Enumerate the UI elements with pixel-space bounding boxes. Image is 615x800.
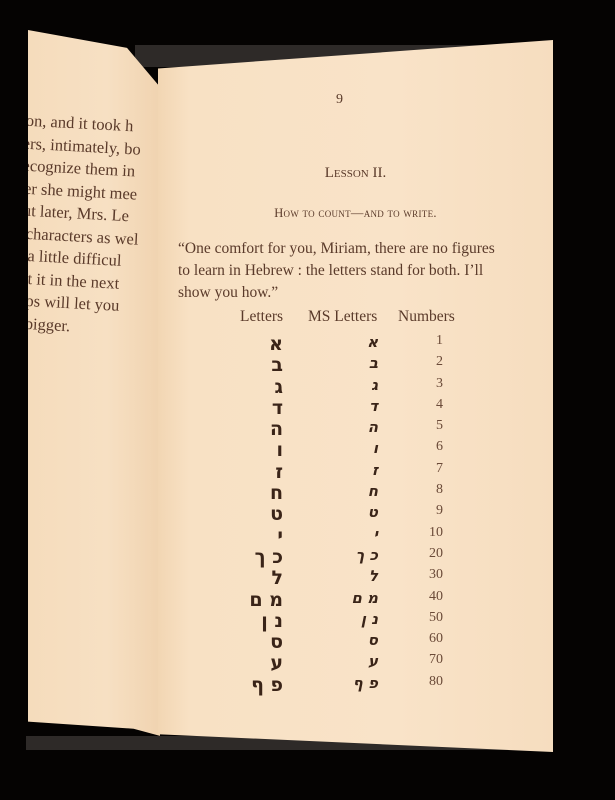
table-row: יי10 (158, 525, 553, 546)
numeral-value: 20 (413, 546, 443, 562)
lesson-subtitle: How to count—and to write. (158, 206, 553, 221)
ms-letter: ה (298, 418, 378, 436)
ms-letter: פ ף (298, 674, 378, 692)
hebrew-letter: פ ף (233, 674, 283, 696)
numeral-value: 4 (413, 397, 443, 413)
table-row: בב2 (158, 354, 553, 375)
ms-letter: ד (298, 397, 378, 415)
right-page: 9 Lesson II. How to count—and to write. … (158, 40, 553, 752)
hebrew-letter: ע (233, 652, 283, 674)
page-number: 9 (336, 92, 343, 108)
hebrew-letter: ג (233, 376, 283, 398)
numeral-value: 60 (413, 631, 443, 647)
numeral-value: 7 (413, 461, 443, 477)
hebrew-letter: ח (233, 482, 283, 504)
hebrew-letter: ז (233, 461, 283, 483)
hebrew-letter: ה (233, 418, 283, 440)
hebrew-letter: כ ך (233, 546, 283, 568)
hebrew-letter: ו (233, 439, 283, 461)
hebrew-letter: י (233, 525, 283, 547)
hebrew-letter: נ ן (233, 610, 283, 632)
column-header-letters: Letters (240, 308, 283, 326)
column-header-ms-letters: MS Letters (308, 308, 377, 326)
table-row: מ םמ ם40 (158, 589, 553, 610)
left-page: son, and it took h ters, intimately, bo … (28, 30, 160, 743)
table-row: כ ךכ ך20 (158, 546, 553, 567)
numeral-value: 1 (413, 333, 443, 349)
ms-letter: כ ך (298, 546, 378, 564)
hebrew-letter: ס (233, 631, 283, 653)
numeral-value: 40 (413, 589, 443, 605)
hebrew-letter: ט (233, 503, 283, 525)
hebrew-letter: ל (233, 567, 283, 589)
column-header-numbers: Numbers (398, 308, 455, 326)
hebrew-letter: א (233, 333, 283, 355)
table-row: עע70 (158, 652, 553, 673)
lesson-title: Lesson II. (158, 165, 553, 182)
ms-letter: ב (298, 354, 378, 372)
table-row: סס60 (158, 631, 553, 652)
intro-paragraph: “One comfort for you, Miriam, there are … (178, 238, 543, 304)
numeral-value: 50 (413, 610, 443, 626)
numeral-value: 2 (413, 354, 443, 370)
ms-letter: מ ם (298, 589, 378, 607)
paragraph-line: to learn in Hebrew : the letters stand f… (178, 260, 543, 282)
table-row: זז7 (158, 461, 553, 482)
numeral-value: 3 (413, 376, 443, 392)
table-row: חח8 (158, 482, 553, 503)
hebrew-letter: ב (233, 354, 283, 376)
ms-letter: א (298, 333, 378, 351)
left-page-text: son, and it took h ters, intimately, bo … (28, 110, 160, 344)
ms-letter: ט (298, 503, 378, 521)
ms-letter: ח (298, 482, 378, 500)
ms-letter: ע (298, 652, 378, 670)
numeral-value: 6 (413, 439, 443, 455)
table-row: נ ןנ ן50 (158, 610, 553, 631)
table-row: דד4 (158, 397, 553, 418)
table-row: אא1 (158, 333, 553, 354)
numeral-value: 10 (413, 525, 443, 541)
paragraph-line: show you how.” (178, 282, 543, 304)
table-row: וו6 (158, 439, 553, 460)
numeral-value: 70 (413, 652, 443, 668)
ms-letter: ו (298, 439, 378, 457)
ms-letter: ל (298, 567, 378, 585)
table-row: לל30 (158, 567, 553, 588)
ms-letter: ג (298, 376, 378, 394)
numeral-value: 30 (413, 567, 443, 583)
table-row: גג3 (158, 376, 553, 397)
ms-letter: י (298, 525, 378, 543)
hebrew-letter: מ ם (233, 589, 283, 611)
numeral-value: 80 (413, 674, 443, 690)
numeral-value: 8 (413, 482, 443, 498)
ms-letter: נ ן (298, 610, 378, 628)
paragraph-line: “One comfort for you, Miriam, there are … (178, 238, 543, 260)
numeral-value: 9 (413, 503, 443, 519)
table-row: פ ףפ ף80 (158, 674, 553, 695)
table-row: הה5 (158, 418, 553, 439)
hebrew-numerals-table: אא1 בב2 גג3 דד4 הה5 וו6 זז7 חח8 טט9 יי10… (158, 333, 553, 695)
ms-letter: ז (298, 461, 378, 479)
table-row: טט9 (158, 503, 553, 524)
ms-letter: ס (298, 631, 378, 649)
numeral-value: 5 (413, 418, 443, 434)
hebrew-letter: ד (233, 397, 283, 419)
